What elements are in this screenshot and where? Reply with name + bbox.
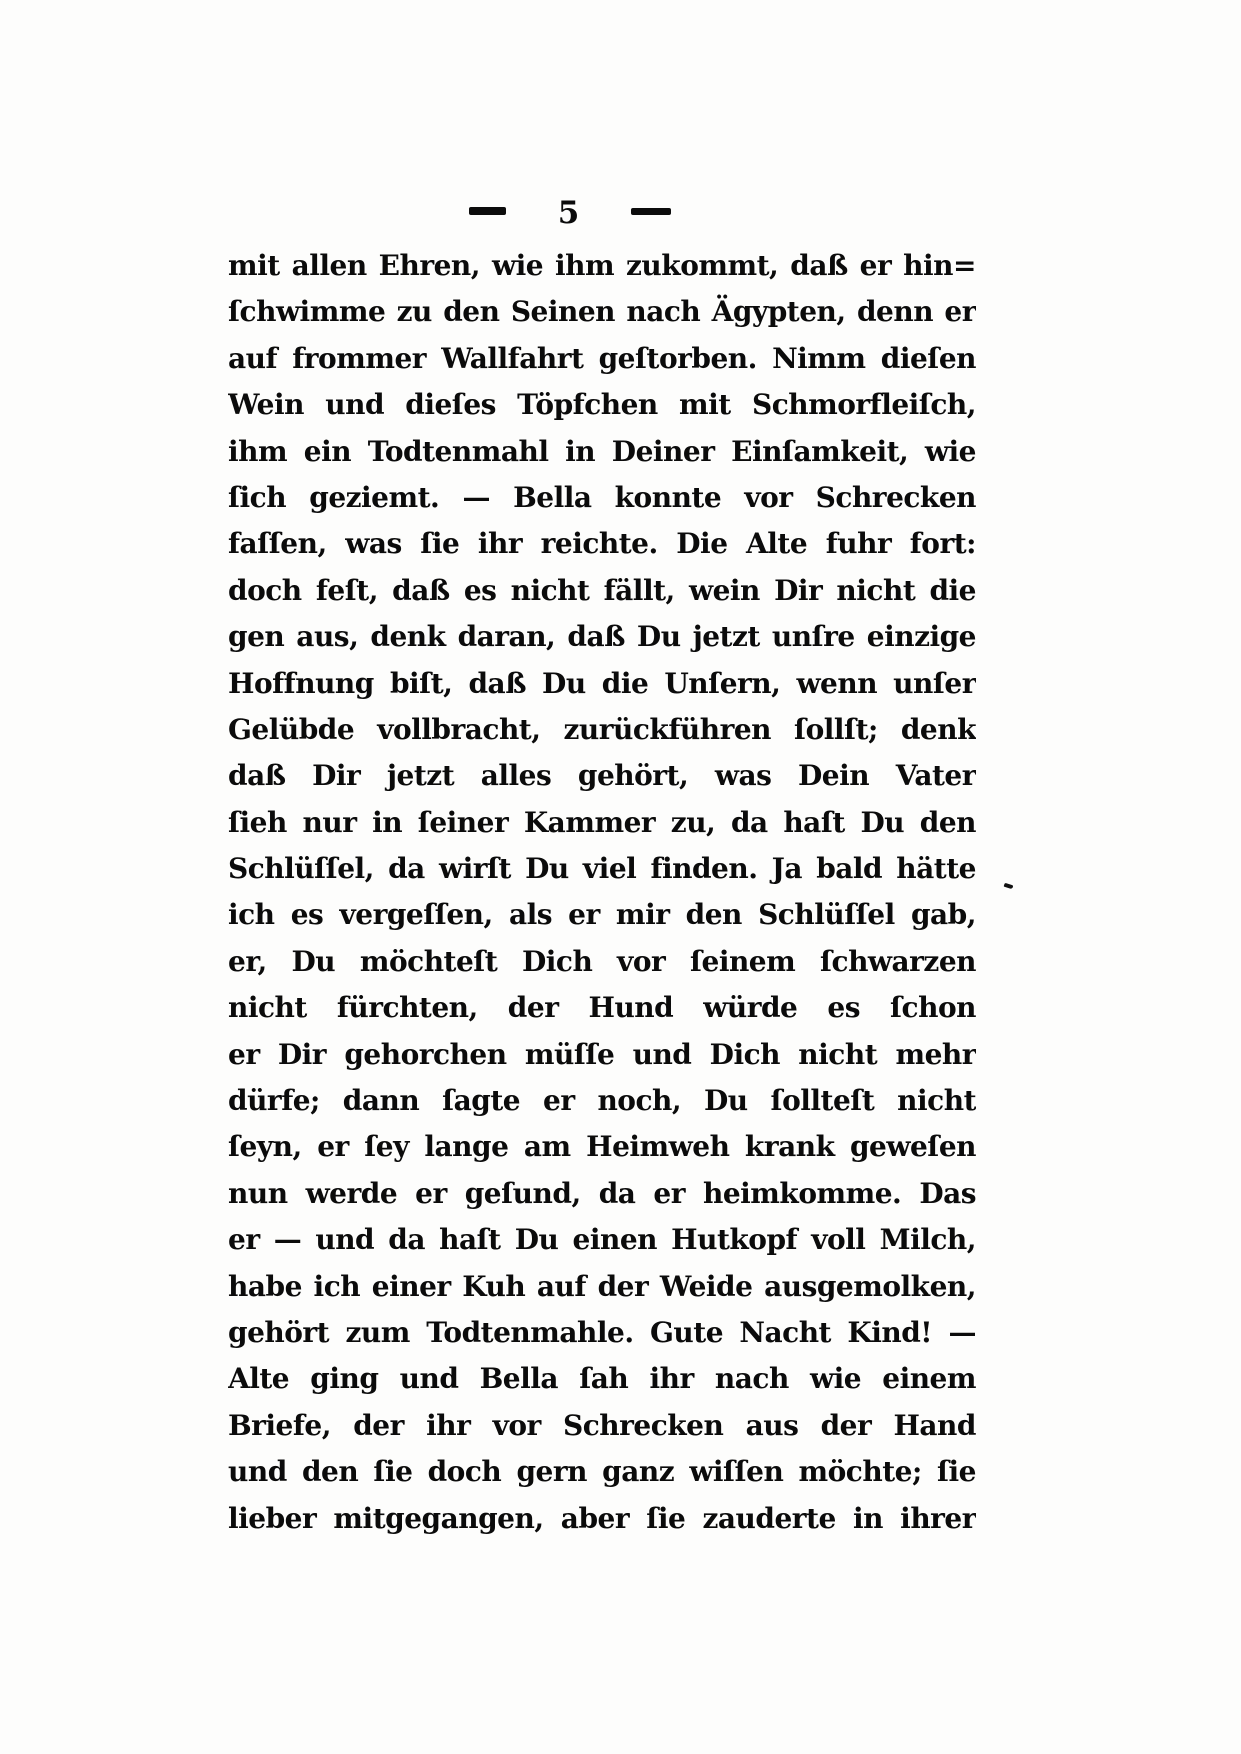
text-line: Hoffnung biſt, daß Du die Unſern, wenn u… — [228, 661, 976, 707]
text-line: gehört zum Todtenmahle. Gute Nacht Kind!… — [228, 1310, 976, 1356]
text-line: ſich geziemt. — Bella konnte vor Schreck… — [228, 475, 976, 521]
text-line: mit allen Ehren, wie ihm zukommt, daß er… — [228, 243, 976, 289]
text-line: ſeyn, er ſey lange am Heimweh krank gewe… — [228, 1124, 976, 1170]
page-number: 5 — [558, 198, 580, 229]
text-line: nicht fürchten, der Hund würde es ſchon … — [228, 985, 976, 1031]
text-line: habe ich einer Kuh auf der Weide ausgemo… — [228, 1264, 976, 1310]
text-line: daß Dir jetzt alles gehört, was Dein Vat… — [228, 753, 976, 799]
text-line: Alte ging und Bella ſah ihr nach wie ein… — [228, 1356, 976, 1402]
text-line: Wein und dieſes Töpfchen mit Schmorfleiſ… — [228, 382, 976, 428]
text-line: Schlüſſel, da wirſt Du viel finden. Ja b… — [228, 846, 976, 892]
text-line: auf frommer Wallfahrt geſtorben. Nimm di… — [228, 336, 976, 382]
text-line: ſchwimme zu den Seinen nach Ägypten, den… — [228, 289, 976, 335]
text-line: er — und da haſt Du einen Hutkopf voll M… — [228, 1217, 976, 1263]
body-text: mit allen Ehren, wie ihm zukommt, daß er… — [228, 243, 976, 1542]
text-line: faſſen, was ſie ihr reichte. Die Alte fu… — [228, 521, 976, 567]
text-line: doch feſt, daß es nicht fällt, wein Dir … — [228, 568, 976, 614]
book-page: 5 mit allen Ehren, wie ihm zukommt, daß … — [0, 0, 1241, 1754]
text-line: Briefe, der ihr vor Schrecken aus der Ha… — [228, 1403, 976, 1449]
text-line: und den ſie doch gern ganz wiſſen möchte… — [228, 1449, 976, 1495]
text-line: ich es vergeſſen, als er mir den Schlüſſ… — [228, 892, 976, 938]
header-dash-left — [469, 207, 506, 215]
text-line: lieber mitgegangen, aber ſie zauderte in… — [228, 1496, 976, 1542]
header-dash-right — [631, 208, 671, 215]
text-line: gen aus, denk daran, daß Du jetzt unſre … — [228, 614, 976, 660]
ink-speck — [1004, 883, 1014, 890]
text-line: er, Du möchteſt Dich vor ſeinem ſchwarze… — [228, 939, 976, 985]
text-line: Gelübde vollbracht, zurückführen ſollſt;… — [228, 707, 976, 753]
text-line: er Dir gehorchen müſſe und Dich nicht me… — [228, 1032, 976, 1078]
page-header: 5 — [196, 192, 944, 230]
text-line: ſieh nur in ſeiner Kammer zu, da haſt Du… — [228, 800, 976, 846]
text-line: ihm ein Todtenmahl in Deiner Einſamkeit,… — [228, 429, 976, 475]
text-line: dürfe; dann ſagte er noch, Du ſollteſt n… — [228, 1078, 976, 1124]
text-line: nun werde er geſund, da er heimkomme. Da… — [228, 1171, 976, 1217]
